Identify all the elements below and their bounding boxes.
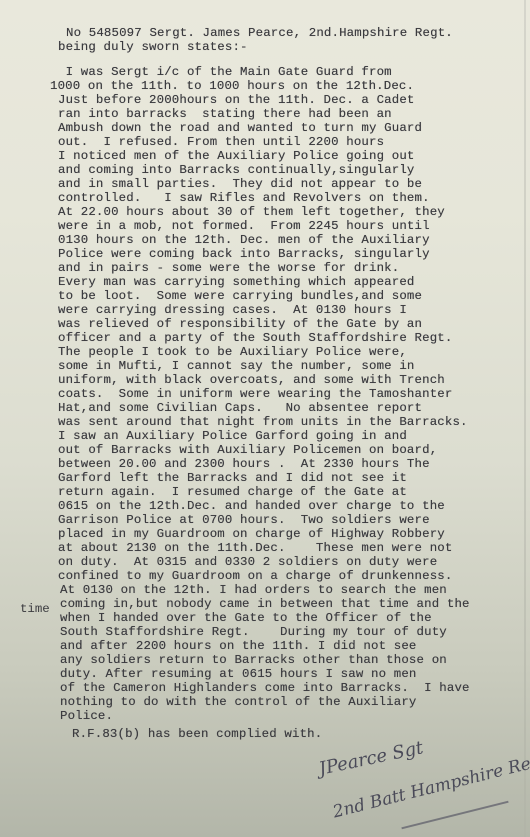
statement-line: 0615 on the 12th.Dec. and handed over ch… [58,500,445,513]
statement-header-line-2: being duly sworn states:- [58,41,248,54]
statement-header-line-1: No 5485097 Sergt. James Pearce, 2nd.Hamp… [66,27,453,40]
statement-line: Every man was carrying something which a… [58,276,415,289]
handwritten-signature: JPearce Sgt 2nd Batt Hampshire Regt [318,742,528,837]
statement-line: coming in,but nobody came in between tha… [60,598,470,611]
statement-line: were carrying dressing cases. At 0130 ho… [58,304,407,317]
statement-line: At 22.00 hours about 30 of them left tog… [58,206,445,219]
statement-line: nothing to do with the control of the Au… [60,696,417,709]
statement-line: ran into barracks stating there had been… [58,108,392,121]
statement-line: Ambush down the road and wanted to turn … [58,122,422,135]
statement-line: and coming into Barracks continually,sin… [58,164,415,177]
statement-line: to be loot. Some were carrying bundles,a… [58,290,422,303]
statement-line: when I handed over the Gate to the Offic… [60,612,432,625]
statement-line: uniform, with black overcoats, and some … [58,374,445,387]
statement-line: between 20.00 and 2300 hours . At 2330 h… [58,458,430,471]
statement-line: were in a mob, not formed. From 2245 hou… [58,220,430,233]
statement-line: 1000 on the 11th. to 1000 hours on the 1… [50,80,414,93]
statement-line: Garford left the Barracks and I did not … [58,472,407,485]
statement-line: controlled. I saw Rifles and Revolvers o… [58,192,430,205]
statement-line: was sent around that night from units in… [58,416,468,429]
statement-line: placed in my Guardroom on charge of High… [58,528,445,541]
page-edge [524,0,526,837]
statement-line: and in pairs - some were the worse for d… [58,262,399,275]
margin-note: time [20,603,50,616]
statement-line: of the Cameron Highlanders come into Bar… [60,682,470,695]
statement-line: on duty. At 0315 and 0330 2 soldiers on … [58,556,437,569]
statement-line: return again. I resumed charge of the Ga… [58,486,407,499]
statement-line: Garrison Police at 0700 hours. Two soldi… [58,514,430,527]
statement-line: and after 2200 hours on the 11th. I did … [60,640,417,653]
statement-line: I noticed men of the Auxiliary Police go… [58,150,415,163]
signature-underline [401,801,508,830]
statement-line: Just before 2000hours on the 11th. Dec. … [58,94,415,107]
statement-line: confined to my Guardroom on a charge of … [58,570,452,583]
statement-line: The people I took to be Auxiliary Police… [58,346,407,359]
statement-line: 0130 hours on the 12th. Dec. men of the … [58,234,430,247]
statement-line: South Staffordshire Regt. During my tour… [60,626,447,639]
statement-line: some in Mufti, I cannot say the number, … [58,360,415,373]
statement-line: duty. After resuming at 0615 hours I saw… [60,668,417,681]
compliance-statement: R.F.83(b) has been complied with. [72,728,322,741]
statement-line: at about 2130 on the 11th.Dec. These men… [58,542,452,555]
statement-line: out of Barracks with Auxiliary Policemen… [58,444,437,457]
statement-line: I was Sergt i/c of the Main Gate Guard f… [58,66,392,79]
statement-line: and in small parties. They did not appea… [58,178,422,191]
statement-line: out. I refused. From then until 2200 hou… [58,136,384,149]
statement-line: Hat,and some Civilian Caps. No absentee … [58,402,422,415]
statement-line: officer and a party of the South Staffor… [58,332,452,345]
signature-name: JPearce Sgt [317,737,425,780]
statement-line: At 0130 on the 12th. I had orders to sea… [60,584,447,597]
statement-line: Police were coming back into Barracks, s… [58,248,430,261]
statement-line: I saw an Auxiliary Police Garford going … [58,430,407,443]
statement-line: any soldiers return to Barracks other th… [60,654,447,667]
statement-line: Police. [60,710,113,723]
statement-line: was relieved of responsibility of the Ga… [58,318,422,331]
statement-line: coats. Some in uniform were wearing the … [58,388,452,401]
